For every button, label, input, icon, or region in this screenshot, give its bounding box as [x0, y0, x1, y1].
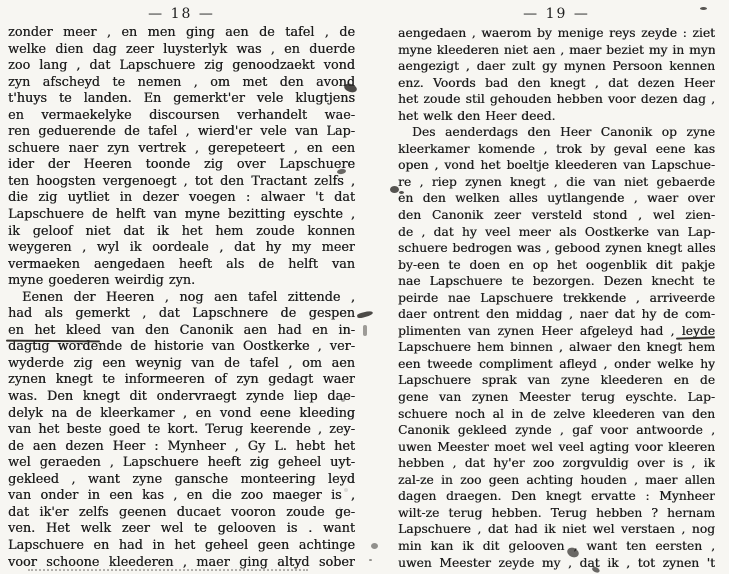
text-line: de , dat hy veel meer als Oostkerke van … — [398, 224, 715, 241]
text-line: van onder in een kas , en die zoo maeger… — [8, 488, 355, 505]
text-line: Lapschuere en had in het geheel geen ach… — [8, 538, 355, 555]
text-line: myne goederen weirdig zyn. — [8, 273, 355, 290]
text-line: gene van zynen Meester terug eyschte. La… — [398, 389, 715, 406]
text-line: zyn afscheyd te nemen , om met den avond — [8, 75, 355, 92]
text-line: Des aenderdags den Heer Canonik op zyne — [398, 124, 715, 141]
text-line: zonder meer , en men ging aen de tafel ,… — [8, 25, 355, 42]
text-line: en den welken alles uytlangende , waer o… — [398, 190, 715, 207]
text-line: aengedaen , waerom by menige reys zeyde … — [398, 25, 715, 42]
page-19: — 19 — aengedaen , waerom by menige reys… — [398, 4, 715, 571]
text-line: schuere noch al in de zelve kleederen va… — [398, 406, 715, 423]
text-line: wilt-ze terug hebben. Terug hebben ? her… — [398, 505, 715, 522]
text-line: by-een te doen en op het oogenblik dit p… — [398, 257, 715, 274]
text-line: had als gemerkt , dat Lapschnere de gesp… — [8, 306, 355, 323]
page-18-number: — 18 — — [8, 4, 355, 25]
text-line: welke dien dag zeer luysterlyk was , en … — [8, 42, 355, 59]
text-line: van het beste goed te kort. Terug keeren… — [8, 422, 355, 439]
text-line: t'huys te landen. En gemerkt'er vele klu… — [8, 91, 355, 108]
text-line: plimenten van zynen Heer afgeleyd had , … — [398, 323, 715, 340]
text-line: peirde nae Lapschuere trekkende , arrive… — [398, 290, 715, 307]
text-line: het welk den Heer deed. — [398, 108, 715, 125]
page-18-text: zonder meer , en men ging aen de tafel ,… — [8, 25, 355, 571]
text-line: ider der Heeren toonde zig over Lapschue… — [8, 157, 355, 174]
scan-artifact-dots — [28, 569, 308, 572]
text-line: open , vond het boeltje kleederen van La… — [398, 157, 715, 174]
text-line: vermaeken aengedaen heeft als de helft v… — [8, 257, 355, 274]
text-line: uwen Meester zeyde my , dat ik , tot zyn… — [398, 555, 715, 572]
text-line: dat ik'er zelfs geenen ducaet vooron zou… — [8, 505, 355, 522]
page-19-number: — 19 — — [398, 4, 715, 25]
text-line: uwen Meester moet wel veel agting voor k… — [398, 439, 715, 456]
text-line: de aen dezen Heer : Mynheer , Gy L. hebt… — [8, 439, 355, 456]
text-line: en het kleed van den Canonik aen had en … — [8, 323, 355, 340]
page-19-text: aengedaen , waerom by menige reys zeyde … — [398, 25, 715, 571]
text-line: re , riep zynen knegt , die van niet geb… — [398, 174, 715, 191]
text-line: myne kleederen niet aen , maer beziet my… — [398, 42, 715, 59]
text-line: ten hoogsten vergenoegt , tot den Tracta… — [8, 174, 355, 191]
margin-pen-mark — [357, 310, 374, 319]
text-line: daer ontrent den middag , naer dat hy de… — [398, 306, 715, 323]
text-line: schuere naer zyn vertrek , gerepeteert ,… — [8, 141, 355, 158]
text-line: dagen draegen. Den knegt ervatte : Mynhe… — [398, 488, 715, 505]
text-line: aengezigt , daer zult gy mynen Persoon k… — [398, 58, 715, 75]
ink-smudge — [390, 186, 399, 193]
text-line: die zig uytliet in dezer voegen : alwaer… — [8, 190, 355, 207]
text-line: gekleed , want zyne gansche monteering l… — [8, 472, 355, 489]
text-line: ik geloof niet dat ik het hem zoude konn… — [8, 224, 355, 241]
text-line: een tweede compliment afleyd , onder wel… — [398, 356, 715, 373]
ink-smudge — [363, 325, 367, 336]
text-line: Lapschuere , dat had ik niet wel verstae… — [398, 521, 715, 538]
book-spread: — 18 — zonder meer , en men ging aen de … — [0, 0, 729, 574]
text-line: wel geraeden , Lapschuere heeft zig gehe… — [8, 455, 355, 472]
text-line: en vermaekelyke discoursen verhandelt wa… — [8, 108, 355, 125]
text-line: ven. Het welk zeer wel te gelooven is . … — [8, 521, 355, 538]
text-line: Lapschuere de helft van myne bezitting e… — [8, 207, 355, 224]
text-line: Lapschuere hem binnen , alwaer den knegt… — [398, 339, 715, 356]
text-line: Eenen der Heeren , nog aen tafel zittend… — [8, 290, 355, 307]
text-line: weygeren , wyl ik oordeale , dat hy my m… — [8, 240, 355, 257]
text-line: min kan ik dit gelooven , want ten eerst… — [398, 538, 715, 555]
text-line: den Canonik zeer versteld stond , wel zi… — [398, 207, 715, 224]
text-line: zoo lang , dat Lapschuere zig genoodzaek… — [8, 58, 355, 75]
text-line: schuere bedrogen was , gebood zynen kneg… — [398, 240, 715, 257]
text-line: ren geduerende de tafel , wierd'er vele … — [8, 124, 355, 141]
text-line: kleerkamer komende , trok by geval eene … — [398, 141, 715, 158]
ink-smudge — [371, 543, 378, 549]
text-line: delyk na de kleerkamer , en vond eene kl… — [8, 406, 355, 423]
text-line: dagtig wordende de historie van Oostkerk… — [8, 339, 355, 356]
ink-smudge — [700, 7, 707, 10]
text-line: Canonik gekleed zynde , gaf voor antwoor… — [398, 422, 715, 439]
text-line: wyderde zig een weynig van de tafel , om… — [8, 356, 355, 373]
ink-smudge — [341, 398, 345, 402]
text-line: Lapschuere sprak van zyne kleederen en d… — [398, 372, 715, 389]
text-line: enz. Voords bad den knegt , dat dezen He… — [398, 75, 715, 92]
text-line: het zoude stil gehouden hebben voor deze… — [398, 91, 715, 108]
text-line: nae Lapschuere te bezorgen. Dezen knecht… — [398, 273, 715, 290]
text-line: zynen knegt te informeeren of zyn gedagt… — [8, 372, 355, 389]
page-18: — 18 — zonder meer , en men ging aen de … — [8, 4, 355, 571]
text-line: hebben , dat hy'er zoo zorgvuldig over i… — [398, 455, 715, 472]
text-line: zal-ze in zoo geen achting houden , maer… — [398, 472, 715, 489]
text-line: was. Den knegt dit ondervraegt zynde lie… — [8, 389, 355, 406]
